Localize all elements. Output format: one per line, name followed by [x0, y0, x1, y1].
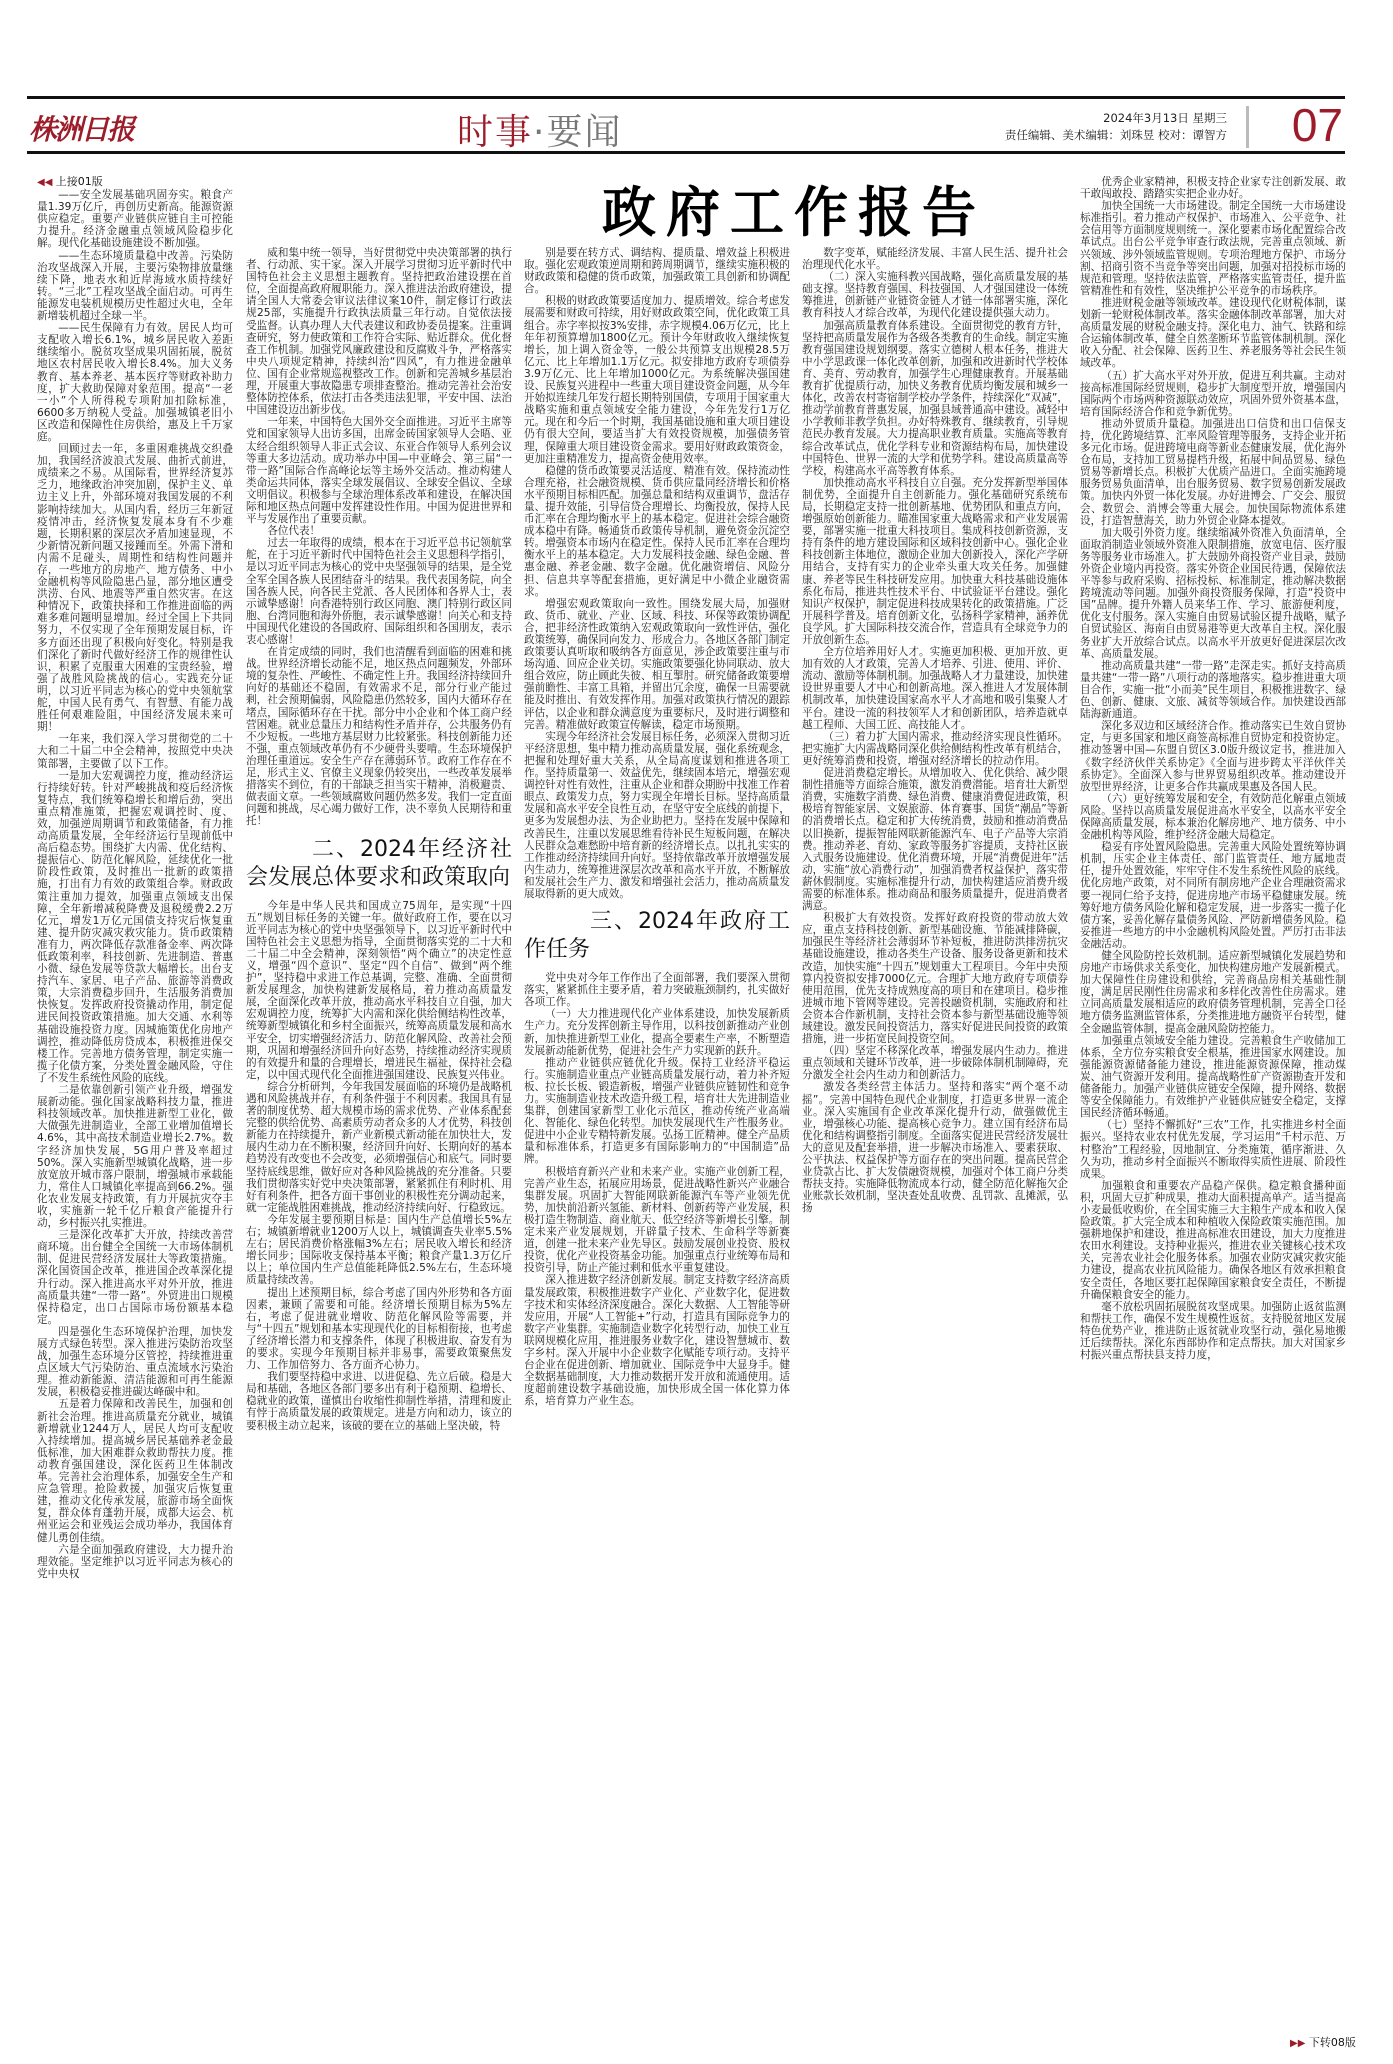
article-paragraph: 推动外贸质升量稳。加强进出口信贷和出口信保支持，优化跨境结算、汇率风险管理等服务… — [1080, 418, 1346, 527]
issue-date: 2024年3月13日 星期三 — [1005, 110, 1227, 127]
article-paragraph: 一年来，我们深入学习贯彻党的二十大和二十届二中全会精神，按照党中央决策部署，主要… — [37, 733, 233, 769]
masthead-bottom-rule — [27, 151, 1345, 154]
article-paragraph: 今年是中华人民共和国成立75周年，是实现“十四五”规划目标任务的关键一年。做好政… — [246, 900, 512, 1081]
article-paragraph: 加快全国统一大市场建设。制定全国统一大市场建设标准指引。着力推动产权保护、市场准… — [1080, 200, 1346, 297]
continued-to-label[interactable]: 下转08版 — [1309, 2036, 1356, 2049]
article-paragraph: 威和集中统一领导，当好贯彻党中央决策部署的执行者、行动派、实干家。深入开展学习贯… — [246, 247, 512, 416]
article-paragraph: 加强重点领域安全能力建设。完善粮食生产收储加工体系，全方位夯实粮食安全根基，推进… — [1080, 1035, 1346, 1120]
article-paragraph: 积极培育新兴产业和未来产业。实施产业创新工程，完善产业生态，拓展应用场景，促进战… — [524, 1166, 790, 1275]
article-paragraph: （五）扩大高水平对外开放，促进互利共赢。主动对接高标准国际经贸规则，稳步扩大制度… — [1080, 370, 1346, 418]
article-paragraph: 深化多双边和区域经济合作。推动落实已生效自贸协定，与更多国家和地区商签高标准自贸… — [1080, 720, 1346, 793]
article-paragraph: 数字变革，赋能经济发展、丰富人民生活、提升社会治理现代化水平。 — [802, 247, 1068, 271]
article-paragraph: 实现今年经济社会发展目标任务，必须深入贯彻习近平经济思想，集中精力推动高质量发展… — [524, 731, 790, 900]
page-number: 07 — [1292, 98, 1343, 152]
section-heading: 二、2024年经济社会发展总体要求和政策取向 — [246, 836, 512, 892]
article-paragraph: 一年来，中国特色大国外交全面推进。习近平主席等党和国家领导人出访多国，出席金砖国… — [246, 416, 512, 525]
article-paragraph: ——安全发展基础巩固夯实。粮食产量1.39万亿斤，再创历史新高。能源资源供应稳定… — [37, 189, 233, 249]
article-paragraph: 一是加大宏观调控力度，推动经济运行持续好转。针对严峻挑战和疫后经济恢复特点，我们… — [37, 770, 233, 1084]
continued-from-label[interactable]: 上接01版 — [56, 176, 103, 188]
article-paragraph: 今年发展主要预期目标是：国内生产总值增长5%左右；城镇新增就业1200万人以上，… — [246, 1214, 512, 1287]
article-paragraph: 增强宏观政策取向一致性。围绕发展大局，加强财政、货币、就业、产业、区域、科技、环… — [524, 598, 790, 731]
article-paragraph: （二）深入实施科教兴国战略，强化高质量发展的基础支撑。坚持教育强国、科技强国、人… — [802, 271, 1068, 319]
article-paragraph: 回顾过去一年，多重困难挑战交织叠加，我国经济波浪式发展、曲折式前进，成绩来之不易… — [37, 443, 233, 733]
article-paragraph: （六）更好统筹发展和安全，有效防范化解重点领域风险。坚持以高质量发展促进高水平安… — [1080, 793, 1346, 841]
jump-arrows-icon: ◀◀ — [37, 177, 52, 188]
article-headline: 政府工作报告 — [514, 170, 1074, 247]
article-paragraph: 我们要坚持稳中求进、以进促稳、先立后破。稳是大局和基础，各地区各部门要多出有利于… — [246, 1371, 512, 1431]
article-paragraph: （三）着力扩大国内需求，推动经济实现良性循环。把实施扩大内需战略同深化供给侧结构… — [802, 731, 1068, 767]
article-paragraph: 加快推动高水平科技自立自强。充分发挥新型举国体制优势，全面提升自主创新能力。强化… — [802, 477, 1068, 646]
article-paragraph: 在肯定成绩的同时，我们也清醒看到面临的困难和挑战。世界经济增长动能不足，地区热点… — [246, 646, 512, 827]
masthead: 株洲日报 时事·要闻 2024年3月13日 星期三 责任编辑、美术编辑：刘珠昱 … — [27, 100, 1345, 150]
article-paragraph: 党中央对今年工作作出了全面部署，我们要深入贯彻落实，紧紧抓住主要矛盾，着力突破瓶… — [524, 972, 790, 1008]
editor-credits: 责任编辑、美术编辑：刘珠昱 校对：谭智方 — [1005, 127, 1227, 144]
section-title: 时事·要闻 — [457, 104, 622, 155]
article-paragraph: 深入推进数字经济创新发展。制定支持数字经济高质量发展政策，积极推进数字产业化、产… — [524, 1274, 790, 1407]
article-paragraph: 四是强化生态环境保护治理，加快发展方式绿色转型。深入推进污染防治攻坚战，加强生态… — [37, 1326, 233, 1399]
article-column-4: 数字变革，赋能经济发展、丰富人民生活、提升社会治理现代化水平。（二）深入实施科教… — [802, 247, 1068, 2015]
continued-from: ◀◀ 上接01版 — [37, 176, 233, 189]
article-column-5: 优秀企业家精神，积极支持企业家专注创新发展、敢干敢闯敢投、踏踏实实把企业办好。加… — [1080, 176, 1346, 2026]
issue-meta: 2024年3月13日 星期三 责任编辑、美术编辑：刘珠昱 校对：谭智方 — [1005, 110, 1227, 144]
article-paragraph: ——生态环境质量稳中改善。污染防治攻坚战深入开展，主要污染物排放量继续下降，地表… — [37, 250, 233, 323]
article-paragraph: 积极的财政政策要适度加力、提质增效。综合考虑发展需要和财政可持续，用好财政政策空… — [524, 295, 790, 464]
article-paragraph: 三是深化改革扩大开放，持续改善营商环境。出台健全全国统一大市场体制机制、促进民营… — [37, 1229, 233, 1326]
article-paragraph: 加强粮食和重要农产品稳产保供。稳定粮食播种面积，巩固大豆扩种成果，推动大面积提高… — [1080, 1180, 1346, 1301]
article-paragraph: 六是全面加强政府建设，大力提升治理效能。坚定维护以习近平同志为核心的党中央权 — [37, 1544, 233, 1580]
article-paragraph: 综合分析研判，今年我国发展面临的环境仍是战略机遇和风险挑战并存，有利条件强于不利… — [246, 1081, 512, 1214]
article-paragraph: （四）坚定不移深化改革，增强发展内生动力。推进重点领域和关键环节改革，进一步破除… — [802, 1045, 1068, 1081]
article-column-3: 别是要在转方式、调结构、提质量、增效益上积极进取。强化宏观政策逆周期和跨周期调节… — [524, 247, 790, 2015]
article-paragraph: 优秀企业家精神，积极支持企业家专注创新发展、敢干敢闯敢投、踏踏实实把企业办好。 — [1080, 176, 1346, 200]
article-paragraph: 稳妥有序处置风险隐患。完善重大风险处置统筹协调机制，压实企业主体责任、部门监管责… — [1080, 841, 1346, 950]
section-heading: 三、2024年政府工作任务 — [524, 908, 790, 964]
article-paragraph: 别是要在转方式、调结构、提质量、增效益上积极进取。强化宏观政策逆周期和跨周期调节… — [524, 247, 790, 295]
masthead-top-rule — [27, 96, 1345, 99]
article-paragraph: （七）坚持不懈抓好“三农”工作，扎实推进乡村全面振兴。坚持农业农村优先发展，学习… — [1080, 1119, 1346, 1179]
article-paragraph: 提出上述预期目标，综合考虑了国内外形势和各方面因素，兼顾了需要和可能。经济增长预… — [246, 1287, 512, 1372]
article-column-1: ◀◀ 上接01版 ——安全发展基础巩固夯实。粮食产量1.39万亿斤，再创历史新高… — [37, 176, 233, 2014]
article-paragraph: 稳健的货币政策要灵活适度、精准有效。保持流动性合理充裕，社会融资规模、货币供应量… — [524, 465, 790, 598]
article-paragraph: 全方位培养用好人才。实施更加积极、更加开放、更加有效的人才政策，完善人才培养、引… — [802, 646, 1068, 731]
article-paragraph: 二是依靠创新引领产业升级，增强发展新动能。强化国家战略科技力量，推进科技领域改革… — [37, 1084, 233, 1229]
article-paragraph: 五是着力保障和改善民生，加强和创新社会治理。推进高质量充分就业，城镇新增就业12… — [37, 1398, 233, 1543]
section-sub: 要闻 — [546, 112, 622, 153]
article-paragraph: 加大吸引外资力度。继续缩减外资准入负面清单，全面取消制造业领域外资准入限制措施，… — [1080, 527, 1346, 660]
article-paragraph: 各位代表！ — [246, 525, 512, 537]
section-separator: · — [533, 112, 546, 153]
continued-to: ▶▶ 下转08版 — [1290, 2034, 1356, 2050]
article-paragraph: 推进财税金融等领域改革。建设现代化财税体制，谋划新一轮财税体制改革。落实金融体制… — [1080, 297, 1346, 370]
article-paragraph: 健全风险防控长效机制。适应新型城镇化发展趋势和房地产市场供求关系变化，加快构建房… — [1080, 950, 1346, 1035]
article-paragraph: 毫不放松巩固拓展脱贫攻坚成果。加强防止返贫监测和帮扶工作，确保不发生规模性返贫。… — [1080, 1301, 1346, 1361]
article-paragraph: 推动产业链供应链优化升级。保持工业经济平稳运行。实施制造业重点产业链高质量发展行… — [524, 1057, 790, 1166]
jump-arrows-icon: ▶▶ — [1290, 2038, 1305, 2049]
newspaper-logo: 株洲日报 — [29, 108, 133, 148]
page-number-divider — [1246, 106, 1249, 148]
article-paragraph: 推动高质量共建“一带一路”走深走实。抓好支持高质量共建“一带一路”八项行动的落地… — [1080, 660, 1346, 720]
section-main: 时事 — [457, 112, 533, 153]
article-paragraph: 加强高质量教育体系建设。全面贯彻党的教育方针，坚持把高质量发展作为各级各类教育的… — [802, 320, 1068, 477]
article-paragraph: 积极扩大有效投资。发挥好政府投资的带动放大效应，重点支持科技创新、新型基础设施、… — [802, 912, 1068, 1045]
article-paragraph: 促进消费稳定增长。从增加收入、优化供给、减少限制性措施等方面综合施策，激发消费潜… — [802, 767, 1068, 912]
article-paragraph: ——民生保障有力有效。居民人均可支配收入增长6.1%，城乡居民收入差距继续缩小。… — [37, 322, 233, 443]
article-column-2: 威和集中统一领导，当好贯彻党中央决策部署的执行者、行动派、实干家。深入开展学习贯… — [246, 247, 512, 2015]
article-paragraph: （一）大力推进现代化产业体系建设，加快发展新质生产力。充分发挥创新主导作用，以科… — [524, 1008, 790, 1056]
article-paragraph: 激发各类经营主体活力。坚持和落实“两个毫不动摇”。完善中国特色现代企业制度，打造… — [802, 1081, 1068, 1214]
article-paragraph: 过去一年取得的成绩，根本在于习近平总书记领航掌舵，在于习近平新时代中国特色社会主… — [246, 537, 512, 646]
